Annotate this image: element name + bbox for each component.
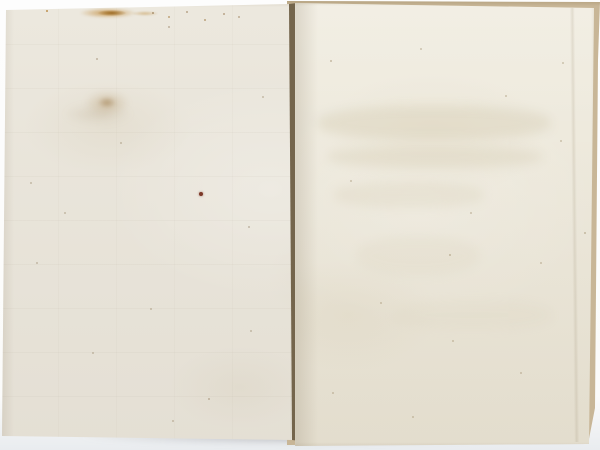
red-ink-dot bbox=[199, 192, 203, 196]
rust-stain-tail bbox=[132, 11, 158, 16]
showthrough-row bbox=[334, 182, 484, 208]
foxing-specks-right bbox=[0, 0, 2, 2]
showthrough-row bbox=[392, 300, 552, 330]
open-blank-book-photo bbox=[0, 0, 600, 450]
showthrough-row bbox=[328, 146, 542, 168]
brown-smudge-core bbox=[98, 97, 116, 108]
foxing-specks-left bbox=[0, 0, 2, 2]
showthrough-row bbox=[356, 236, 480, 276]
showthrough-row bbox=[318, 106, 550, 140]
rust-stain-core bbox=[98, 10, 126, 16]
fore-edge-crease bbox=[570, 8, 580, 442]
